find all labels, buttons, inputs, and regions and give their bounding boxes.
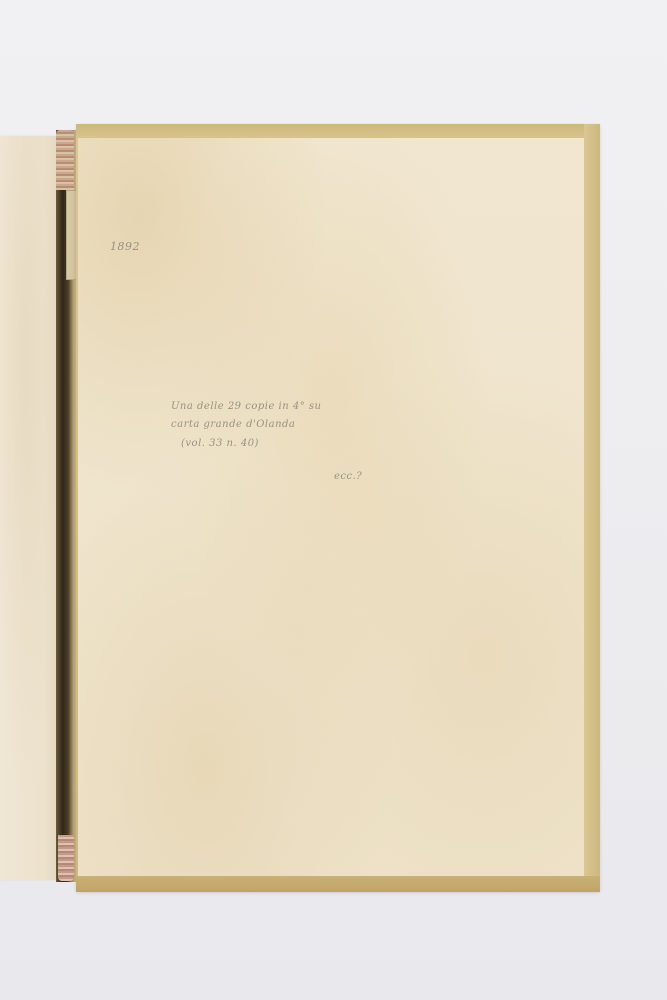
pencil-note-line-1: Una delle 29 copie in 4° su: [171, 401, 321, 412]
pencil-note-line-3: (vol. 33 n. 40): [181, 438, 259, 449]
pencil-note-line-4: ecc.?: [334, 471, 362, 482]
vellum-turnin-right: [584, 124, 600, 892]
vellum-turnin-bottom: [76, 876, 600, 892]
book-photograph: 1892 Una delle 29 copie in 4° su carta g…: [0, 0, 667, 1000]
left-flyleaf-page: [0, 136, 62, 880]
pencil-note-year: 1892: [110, 240, 140, 253]
headband-top: [56, 130, 74, 190]
inside-front-cover: 1892 Una delle 29 copie in 4° su carta g…: [76, 124, 600, 892]
pastedown-endpaper: 1892 Una delle 29 copie in 4° su carta g…: [78, 138, 584, 876]
headband-bottom: [58, 835, 74, 881]
pencil-note-line-2: carta grande d'Olanda: [171, 419, 295, 430]
